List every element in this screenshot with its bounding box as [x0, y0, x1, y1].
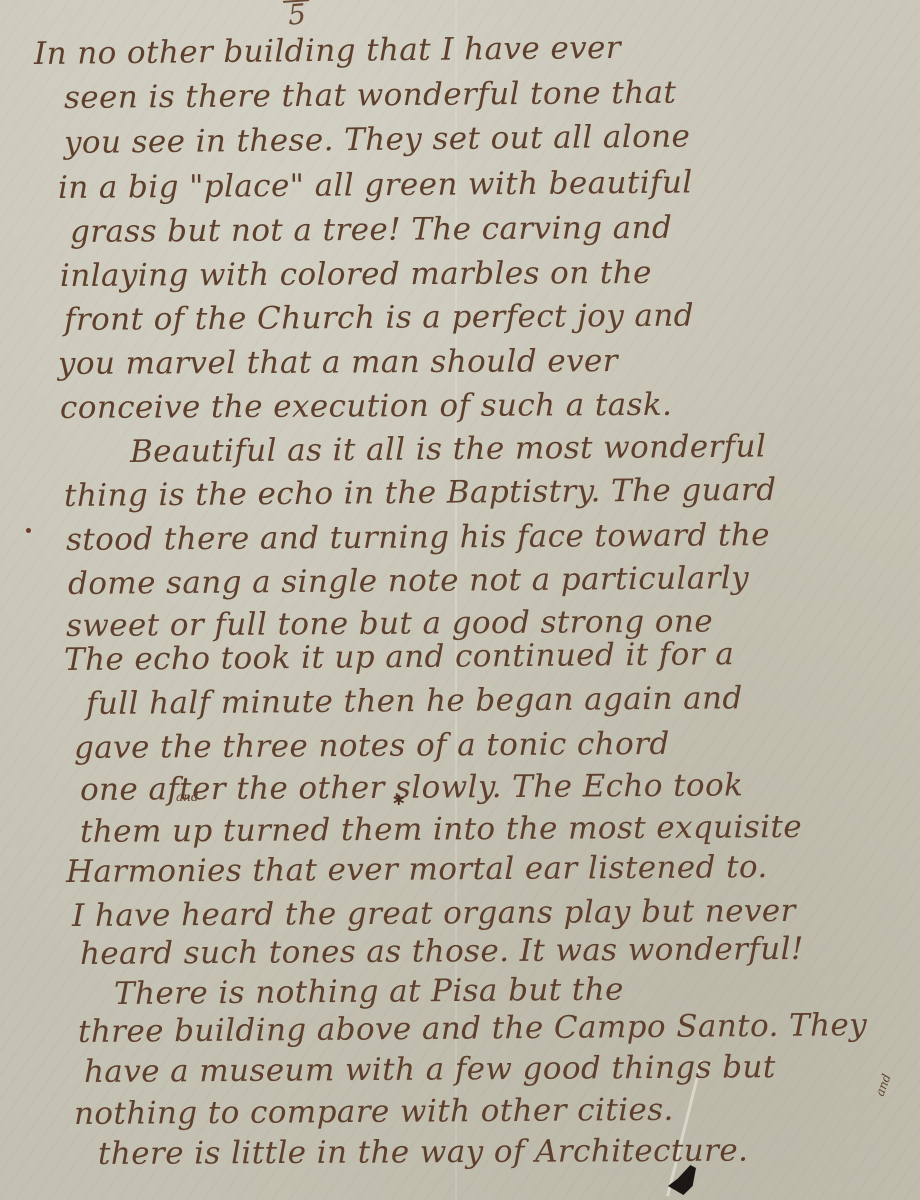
text-line: seen is there that wonderful tone that	[64, 73, 677, 118]
text-line: grass but not a tree! The carving and	[70, 208, 672, 252]
asterisk-mark: *	[393, 792, 405, 817]
text-line: full half minute then he began again and	[86, 678, 743, 724]
text-line: Beautiful as it all is the most wonderfu…	[130, 426, 767, 472]
text-line: front of the Church is a perfect joy and	[64, 296, 694, 340]
text-line: three building above and the Campo Santo…	[78, 1005, 867, 1052]
text-line: thing is the echo in the Baptistry. The …	[64, 470, 777, 516]
text-line: Harmonies that ever mortal ear listened …	[66, 847, 768, 892]
text-line: you marvel that a man should ever	[58, 341, 618, 384]
text-line: there is little in the way of Architectu…	[98, 1131, 749, 1174]
text-line: In no other building that I have ever	[34, 28, 621, 74]
text-line: inlaying with colored marbles on the	[60, 253, 652, 296]
text-line: in a big "place" all green with beautifu…	[58, 162, 693, 208]
text-line: dome sang a single note not a particular…	[68, 558, 749, 604]
text-line: you see in these. They set out all alone	[64, 116, 691, 163]
handwritten-body: In no other building that I have ever se…	[0, 0, 920, 1200]
text-line: nothing to compare with other cities.	[74, 1090, 674, 1134]
ink-dot	[26, 528, 31, 533]
text-line: have a museum with a few good things but	[84, 1047, 776, 1092]
text-line: The echo took it up and continued it for…	[64, 634, 734, 680]
text-line: conceive the execution of such a task.	[60, 385, 673, 428]
text-line: them up turned them into the most exquis…	[80, 807, 802, 852]
letter-page: 5 In no other building that I have ever …	[0, 0, 920, 1200]
interlinear-insertion: and	[176, 790, 199, 804]
text-line: stood there and turning his face toward …	[66, 515, 770, 560]
text-line: heard such tones as those. It was wonder…	[80, 929, 804, 974]
text-line: gave the three notes of a tonic chord	[74, 724, 670, 768]
